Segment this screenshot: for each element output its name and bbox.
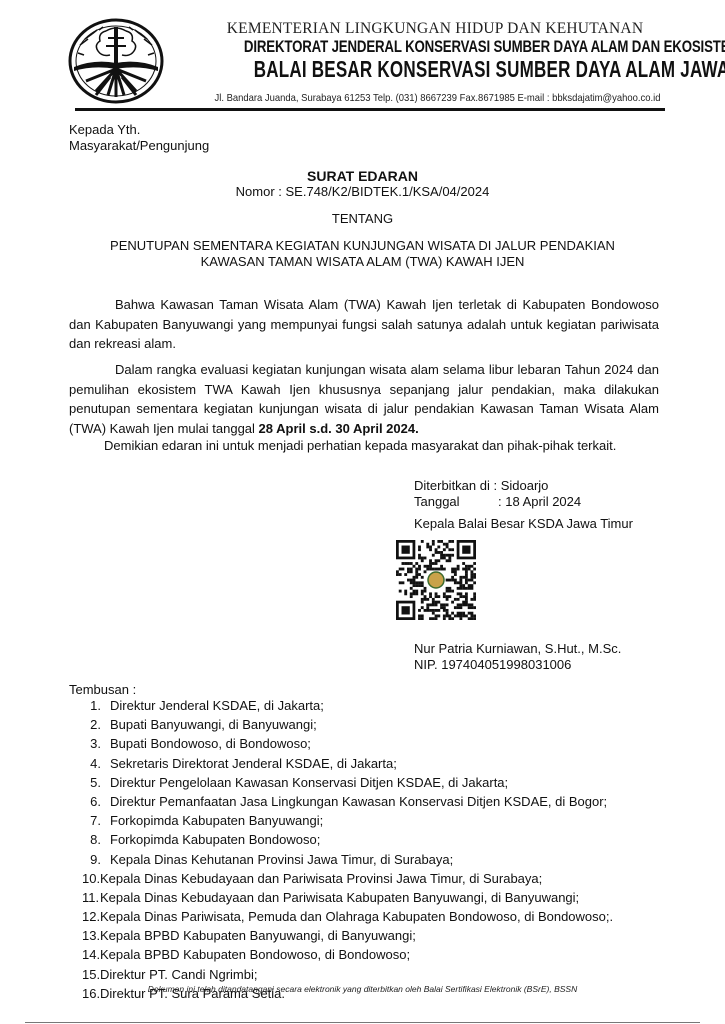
cc-item-number: 6. bbox=[81, 792, 110, 811]
cc-item-text: Forkopimda Kabupaten Banyuwangi; bbox=[110, 811, 323, 830]
issued-at: Diterbitkan di : Sidoarjo bbox=[414, 478, 548, 494]
cc-list-item: 10.Kepala Dinas Kebudayaan dan Pariwisat… bbox=[69, 869, 613, 888]
body-paragraph-1: Bahwa Kawasan Taman Wisata Alam (TWA) Ka… bbox=[69, 295, 659, 354]
cc-item-text: Direktur Pengelolaan Kawasan Konservasi … bbox=[110, 773, 508, 792]
document-title: SURAT EDARAN bbox=[0, 168, 725, 184]
cc-list-item: 3.Bupati Bondowoso, di Bondowoso; bbox=[69, 734, 613, 753]
recipient-salutation: Kepada Yth. bbox=[69, 122, 140, 138]
cc-item-text: Kepala Dinas Kebudayaan dan Pariwisata K… bbox=[100, 888, 579, 907]
cc-item-number: 3. bbox=[81, 734, 110, 753]
body-paragraph-3: Demikian edaran ini untuk menjadi perhat… bbox=[104, 438, 616, 454]
cc-item-number: 5. bbox=[81, 773, 110, 792]
cc-item-text: Kepala BPBD Kabupaten Bondowoso, di Bond… bbox=[100, 945, 410, 964]
cc-list-item: 1.Direktur Jenderal KSDAE, di Jakarta; bbox=[69, 696, 613, 715]
issue-date-label: Tanggal bbox=[414, 494, 460, 510]
cc-list-item: 12.Kepala Dinas Pariwisata, Pemuda dan O… bbox=[69, 907, 613, 926]
issue-date-value: : 18 April 2024 bbox=[498, 494, 581, 510]
body-paragraph-2: Dalam rangka evaluasi kegiatan kunjungan… bbox=[69, 360, 659, 438]
cc-item-number: 8. bbox=[81, 830, 110, 849]
about-label: TENTANG bbox=[0, 211, 725, 227]
cc-list-item: 9.Kepala Dinas Kehutanan Provinsi Jawa T… bbox=[69, 850, 613, 869]
recipient-name: Masyarakat/Pengunjung bbox=[69, 138, 209, 154]
cc-item-number: 14. bbox=[82, 945, 100, 964]
cc-list-item: 4.Sekretaris Direktorat Jenderal KSDAE, … bbox=[69, 754, 613, 773]
cc-item-text: Forkopimda Kabupaten Bondowoso; bbox=[110, 830, 320, 849]
signatory-nip: NIP. 197404051998031006 bbox=[414, 657, 571, 673]
cc-item-text: Bupati Banyuwangi, di Banyuwangi; bbox=[110, 715, 317, 734]
cc-list-item: 5.Direktur Pengelolaan Kawasan Konservas… bbox=[69, 773, 613, 792]
body-paragraph-1-text: Bahwa Kawasan Taman Wisata Alam (TWA) Ka… bbox=[69, 297, 659, 351]
cc-list-item: 6.Direktur Pemanfaatan Jasa Lingkungan K… bbox=[69, 792, 613, 811]
cc-list-item: 15.Direktur PT. Candi Ngrimbi; bbox=[69, 965, 613, 984]
closure-dates: 28 April s.d. 30 April 2024. bbox=[259, 421, 419, 436]
cc-item-text: Kepala Dinas Pariwisata, Pemuda dan Olah… bbox=[100, 907, 613, 926]
cc-item-text: Kepala Dinas Kehutanan Provinsi Jawa Tim… bbox=[110, 850, 453, 869]
cc-item-text: Kepala BPBD Kabupaten Banyuwangi, di Ban… bbox=[100, 926, 416, 945]
cc-list: 1.Direktur Jenderal KSDAE, di Jakarta;2.… bbox=[69, 696, 613, 1003]
cc-item-text: Sekretaris Direktorat Jenderal KSDAE, di… bbox=[110, 754, 397, 773]
cc-list-item: 11.Kepala Dinas Kebudayaan dan Pariwisat… bbox=[69, 888, 613, 907]
e-signature-note: Dokumen ini telah ditandatangani secara … bbox=[0, 984, 725, 994]
office-address: Jl. Bandara Juanda, Surabaya 61253 Telp.… bbox=[215, 92, 656, 104]
cc-list-item: 8.Forkopimda Kabupaten Bondowoso; bbox=[69, 830, 613, 849]
ministry-name: KEMENTERIAN LINGKUNGAN HIDUP DAN KEHUTAN… bbox=[190, 20, 680, 38]
cc-item-number: 1. bbox=[81, 696, 110, 715]
subject-line-2: KAWASAN TAMAN WISATA ALAM (TWA) KAWAH IJ… bbox=[0, 254, 725, 270]
cc-item-text: Direktur Pemanfaatan Jasa Lingkungan Kaw… bbox=[110, 792, 607, 811]
footer-divider bbox=[25, 1022, 700, 1023]
cc-item-number: 2. bbox=[81, 715, 110, 734]
cc-item-number: 15. bbox=[82, 965, 100, 984]
directorate-name: DIREKTORAT JENDERAL KONSERVASI SUMBER DA… bbox=[244, 37, 626, 57]
cc-item-text: Direktur Jenderal KSDAE, di Jakarta; bbox=[110, 696, 324, 715]
cc-item-text: Direktur PT. Candi Ngrimbi; bbox=[100, 965, 258, 984]
cc-item-text: Bupati Bondowoso, di Bondowoso; bbox=[110, 734, 311, 753]
subject-line-1: PENUTUPAN SEMENTARA KEGIATAN KUNJUNGAN W… bbox=[0, 238, 725, 254]
letterhead-divider bbox=[75, 108, 665, 111]
office-name: BALAI BESAR KONSERVASI SUMBER DAYA ALAM … bbox=[254, 56, 617, 83]
signatory-position: Kepala Balai Besar KSDA Jawa Timur bbox=[414, 516, 633, 532]
cc-list-item: 2.Bupati Banyuwangi, di Banyuwangi; bbox=[69, 715, 613, 734]
cc-list-item: 13.Kepala BPBD Kabupaten Banyuwangi, di … bbox=[69, 926, 613, 945]
cc-list-item: 7.Forkopimda Kabupaten Banyuwangi; bbox=[69, 811, 613, 830]
signatory-name: Nur Patria Kurniawan, S.Hut., M.Sc. bbox=[414, 641, 621, 657]
tree-roots-emblem-icon bbox=[66, 17, 166, 105]
cc-item-number: 11. bbox=[82, 888, 100, 907]
qr-code-signature-icon bbox=[396, 540, 476, 620]
cc-item-number: 4. bbox=[81, 754, 110, 773]
cc-item-number: 7. bbox=[81, 811, 110, 830]
cc-list-item: 14.Kepala BPBD Kabupaten Bondowoso, di B… bbox=[69, 945, 613, 964]
cc-item-number: 9. bbox=[81, 850, 110, 869]
document-number: Nomor : SE.748/K2/BIDTEK.1/KSA/04/2024 bbox=[0, 184, 725, 200]
cc-item-number: 10. bbox=[82, 869, 100, 888]
cc-item-text: Kepala Dinas Kebudayaan dan Pariwisata P… bbox=[100, 869, 542, 888]
cc-item-number: 12. bbox=[82, 907, 100, 926]
cc-item-number: 13. bbox=[82, 926, 100, 945]
